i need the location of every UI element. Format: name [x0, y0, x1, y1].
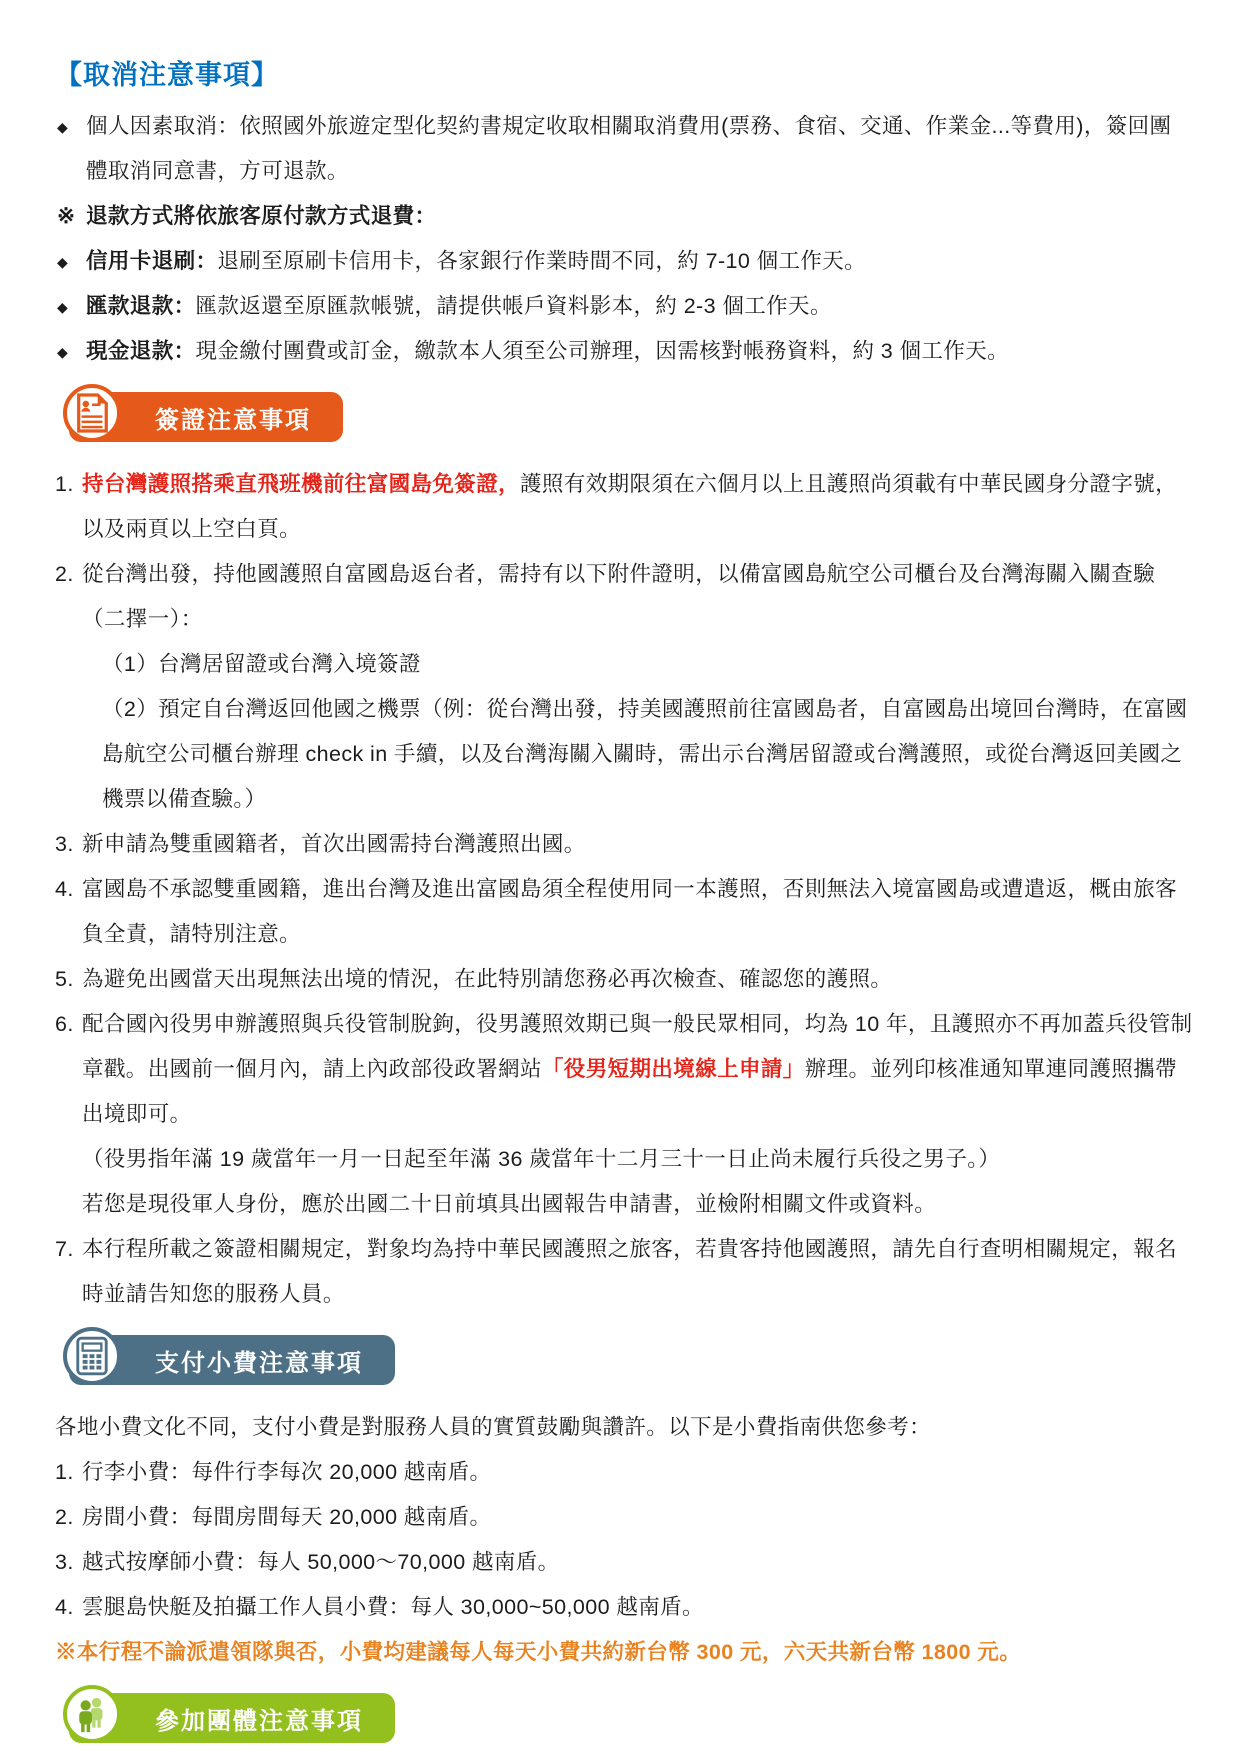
cancel-item-text: 現金繳付團費或訂金，繳款本人須至公司辦理，因需核對帳務資料，約 3 個工作天。 — [196, 339, 1010, 363]
tips-banner-label: 支付小費注意事項 — [155, 1343, 363, 1378]
visa-item-4: 4. 富國島不承認雙重國籍，進出台灣及進出富國島須全程使用同一本護照，否則無法入… — [55, 867, 1193, 957]
visa-banner-row: 簽證注意事項 — [69, 384, 1193, 450]
group-banner-row: 參加團體注意事項 — [69, 1685, 1193, 1751]
diamond-bullet-icon: ◆ — [57, 330, 68, 375]
visa-item-2-sub-1: （1）台灣居留證或台灣入境簽證 — [82, 642, 1193, 687]
tip-item-2-text: 房間小費：每間房間每天 20,000 越南盾。 — [82, 1505, 491, 1529]
list-number: 6. — [55, 1002, 74, 1047]
visa-item-4-text: 富國島不承認雙重國籍，進出台灣及進出富國島須全程使用同一本護照，否則無法入境富國… — [82, 877, 1177, 946]
cancel-item-label: 信用卡退刷： — [86, 249, 217, 273]
cancel-section-title: 【取消注意事項】 — [55, 56, 1193, 94]
people-icon — [63, 1685, 121, 1743]
visa-item-1: 1. 持台灣護照搭乘直飛班機前往富國島免簽證，護照有效期限須在六個月以上且護照尚… — [55, 462, 1193, 552]
list-number: 4. — [55, 1585, 74, 1630]
cancel-item-label: 現金退款： — [86, 339, 196, 363]
tips-banner: 支付小費注意事項 — [69, 1335, 395, 1385]
cancel-item-remittance: ◆ 匯款退款：匯款返還至原匯款帳號，請提供帳戶資料影本，約 2-3 個工作天。 — [55, 284, 1193, 329]
tip-item-3: 3. 越式按摩師小費：每人 50,000～70,000 越南盾。 — [55, 1540, 1193, 1585]
tip-item-1-text: 行李小費：每件行李每次 20,000 越南盾。 — [82, 1460, 491, 1484]
diamond-bullet-icon: ◆ — [57, 240, 68, 285]
document-page: 【取消注意事項】 ◆ 個人因素取消：依照國外旅遊定型化契約書規定收取相關取消費用… — [0, 0, 1241, 1755]
tips-intro: 各地小費文化不同，支付小費是對服務人員的實質鼓勵與讚許。以下是小費指南供您參考： — [55, 1405, 1193, 1450]
visa-item-7-text: 本行程所載之簽證相關規定，對象均為持中華民國護照之旅客，若貴客持他國護照，請先自… — [82, 1237, 1177, 1306]
cancel-item-label: 匯款退款： — [86, 294, 196, 318]
cancel-item-cash: ◆ 現金退款：現金繳付團費或訂金，繳款本人須至公司辦理，因需核對帳務資料，約 3… — [55, 329, 1193, 374]
tips-banner-row: 支付小費注意事項 — [69, 1327, 1193, 1393]
visa-banner: 簽證注意事項 — [69, 392, 343, 442]
cancel-item-text: 依照國外旅遊定型化契約書規定收取相關取消費用(票務、食宿、交通、作業金...等費… — [86, 114, 1171, 183]
note-asterisk-icon: ※ — [57, 194, 75, 239]
document-icon — [63, 384, 121, 442]
cancel-item-text: 匯款返還至原匯款帳號，請提供帳戶資料影本，約 2-3 個工作天。 — [196, 294, 832, 318]
refund-method-note: ※ 退款方式將依旅客原付款方式退費： — [55, 194, 1193, 239]
visa-item-6-extra-2: 若您是現役軍人身份，應於出國二十日前填具出國報告申請書，並檢附相關文件或資料。 — [82, 1182, 1193, 1227]
tip-item-3-text: 越式按摩師小費：每人 50,000～70,000 越南盾。 — [82, 1550, 560, 1574]
visa-item-2-text: 從台灣出發，持他國護照自富國島返台者，需持有以下附件證明，以備富國島航空公司櫃台… — [82, 562, 1155, 631]
calculator-icon — [63, 1327, 121, 1385]
visa-item-3: 3. 新申請為雙重國籍者，首次出國需持台灣護照出國。 — [55, 822, 1193, 867]
tip-amount-note: ※本行程不論派遣領隊與否，小費均建議每人每天小費共約新台幣 300 元，六天共新… — [55, 1630, 1193, 1675]
tip-item-1: 1. 行李小費：每件行李每次 20,000 越南盾。 — [55, 1450, 1193, 1495]
diamond-bullet-icon: ◆ — [57, 105, 68, 150]
visa-item-6-highlight: 「役男短期出境線上申請」 — [542, 1057, 805, 1081]
tip-item-4: 4. 雲腿島快艇及拍攝工作人員小費：每人 30,000~50,000 越南盾。 — [55, 1585, 1193, 1630]
list-number: 1. — [55, 1450, 74, 1495]
visa-banner-label: 簽證注意事項 — [155, 400, 311, 435]
visa-item-6: 6. 配合國內役男申辦護照與兵役管制脫鉤，役男護照效期已與一般民眾相同，均為 1… — [55, 1002, 1193, 1227]
list-number: 3. — [55, 1540, 74, 1585]
list-number: 2. — [55, 1495, 74, 1540]
visa-item-5-text: 為避免出國當天出現無法出境的情況，在此特別請您務必再次檢查、確認您的護照。 — [82, 967, 892, 991]
tip-item-4-text: 雲腿島快艇及拍攝工作人員小費：每人 30,000~50,000 越南盾。 — [82, 1595, 704, 1619]
visa-item-7: 7. 本行程所載之簽證相關規定，對象均為持中華民國護照之旅客，若貴客持他國護照，… — [55, 1227, 1193, 1317]
group-banner: 參加團體注意事項 — [69, 1693, 395, 1743]
tip-item-2: 2. 房間小費：每間房間每天 20,000 越南盾。 — [55, 1495, 1193, 1540]
visa-item-2-sub-2: （2）預定自台灣返回他國之機票（例：從台灣出發，持美國護照前往富國島者，自富國島… — [82, 687, 1193, 822]
visa-item-1-highlight: 持台灣護照搭乘直飛班機前往富國島免簽證， — [82, 472, 520, 496]
visa-item-2: 2. 從台灣出發，持他國護照自富國島返台者，需持有以下附件證明，以備富國島航空公… — [55, 552, 1193, 822]
diamond-bullet-icon: ◆ — [57, 285, 68, 330]
list-number: 5. — [55, 957, 74, 1002]
list-number: 1. — [55, 462, 74, 507]
list-number: 2. — [55, 552, 74, 597]
list-number: 3. — [55, 822, 74, 867]
list-number: 7. — [55, 1227, 74, 1272]
visa-item-6-extra-1: （役男指年滿 19 歲當年一月一日起至年滿 36 歲當年十二月三十一日止尚未履行… — [82, 1137, 1193, 1182]
list-number: 4. — [55, 867, 74, 912]
visa-item-5: 5. 為避免出國當天出現無法出境的情況，在此特別請您務必再次檢查、確認您的護照。 — [55, 957, 1193, 1002]
refund-method-note-text: 退款方式將依旅客原付款方式退費： — [86, 204, 436, 228]
cancel-item-personal: ◆ 個人因素取消：依照國外旅遊定型化契約書規定收取相關取消費用(票務、食宿、交通… — [55, 104, 1193, 194]
cancel-item-text: 退刷至原刷卡信用卡，各家銀行作業時間不同，約 7-10 個工作天。 — [217, 249, 866, 273]
cancel-item-creditcard: ◆ 信用卡退刷：退刷至原刷卡信用卡，各家銀行作業時間不同，約 7-10 個工作天… — [55, 239, 1193, 284]
cancel-item-label: 個人因素取消： — [86, 114, 239, 138]
visa-item-3-text: 新申請為雙重國籍者，首次出國需持台灣護照出國。 — [82, 832, 586, 856]
group-banner-label: 參加團體注意事項 — [155, 1701, 363, 1736]
